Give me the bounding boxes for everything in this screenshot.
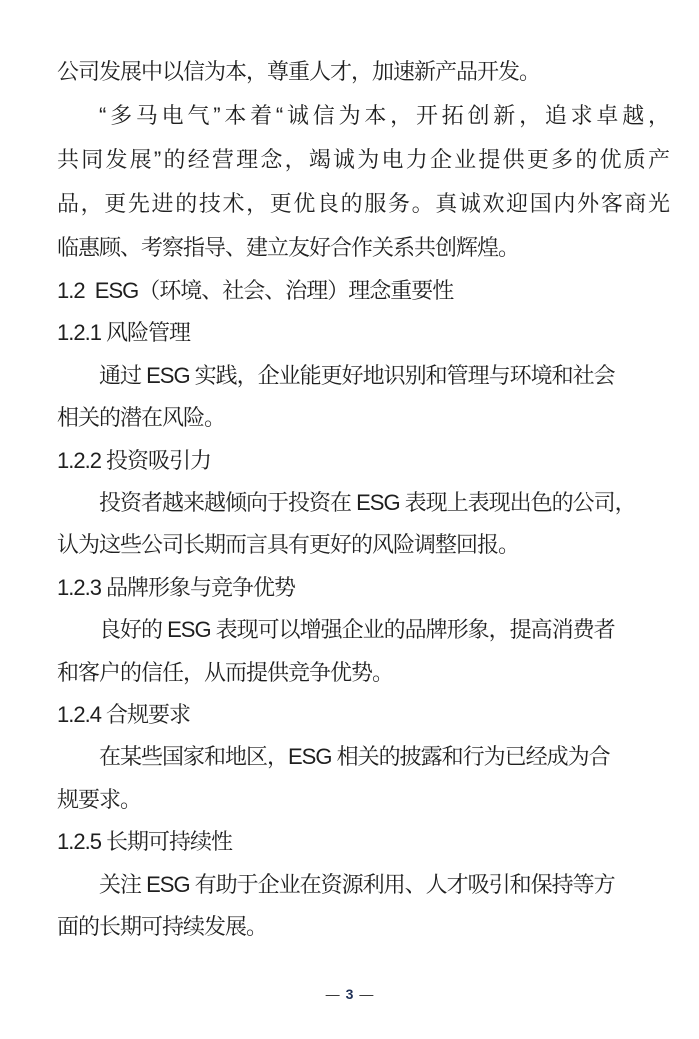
section-heading: 1.2.4 合规要求: [57, 694, 670, 736]
body-text-line: 投资者越来越倾向于投资在 ESG 表现上表现出色的公司，: [57, 482, 670, 524]
body-text-line: 通过 ESG 实践，企业能更好地识别和管理与环境和社会: [57, 355, 670, 397]
body-text-line: 规要求。: [57, 779, 670, 821]
page-footer: —3—: [0, 986, 699, 1002]
page-number: 3: [346, 986, 354, 1002]
body-text-line: 品，更先进的技术，更优良的服务。真诚欢迎国内外客商光: [57, 182, 670, 226]
section-heading: 1.2.2 投资吸引力: [57, 440, 670, 482]
section-heading: 1.2.3 品牌形象与竞争优势: [57, 567, 670, 609]
body-text-line: 良好的 ESG 表现可以增强企业的品牌形象，提高消费者: [57, 609, 670, 651]
document-page: 公司发展中以信为本，尊重人才，加速新产品开发。“多马电气”本着“诚信为本，开拓创…: [0, 0, 699, 1039]
body-text-line: 和客户的信任，从而提供竞争优势。: [57, 652, 670, 694]
body-text-line: 在某些国家和地区，ESG 相关的披露和行为已经成为合: [57, 736, 670, 778]
section-heading: 1.2.5 长期可持续性: [57, 821, 670, 863]
body-text-line: 公司发展中以信为本，尊重人才，加速新产品开发。: [57, 50, 670, 94]
body-text-line: 相关的潜在风险。: [57, 397, 670, 439]
section-heading: 1.2.1 风险管理: [57, 312, 670, 354]
body-text-line: 认为这些公司长期而言具有更好的风险调整回报。: [57, 524, 670, 566]
body-text-line: 临惠顾、考察指导、建立友好合作关系共创辉煌。: [57, 226, 670, 270]
footer-dash-right: —: [359, 986, 373, 1002]
section-heading: 1.2 ESG（环境、社会、治理）理念重要性: [57, 270, 670, 312]
document-content: 公司发展中以信为本，尊重人才，加速新产品开发。“多马电气”本着“诚信为本，开拓创…: [57, 0, 670, 949]
body-text-line: 关注 ESG 有助于企业在资源利用、人才吸引和保持等方: [57, 864, 670, 906]
body-text-line: “多马电气”本着“诚信为本，开拓创新，追求卓越，: [57, 94, 670, 138]
body-text-line: 共同发展”的经营理念，竭诚为电力企业提供更多的优质产: [57, 138, 670, 182]
footer-dash-left: —: [326, 986, 340, 1002]
body-text-line: 面的长期可持续发展。: [57, 906, 670, 948]
